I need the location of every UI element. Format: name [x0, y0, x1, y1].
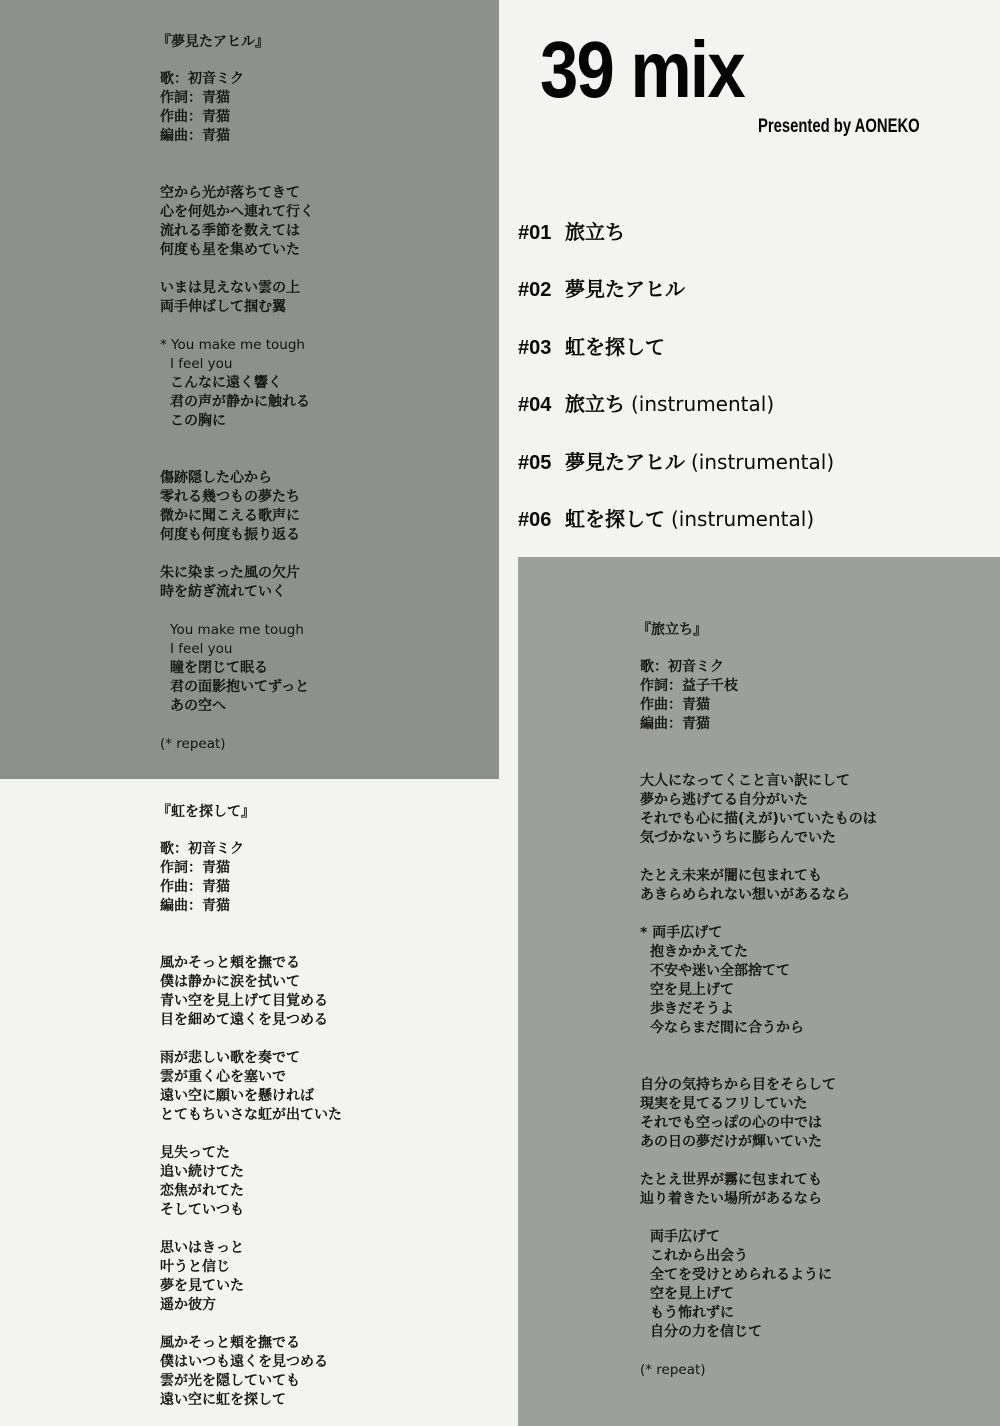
- stanza: 見失ってた 追い続けてた 恋焦がれてた そしていつも: [160, 1144, 342, 1220]
- track-suffix: (instrumental): [691, 450, 834, 474]
- lyric-line: 傷跡隠した心から: [160, 469, 314, 488]
- track-name: 夢見たアヒル: [565, 273, 685, 302]
- stanza: 大人になってくこと言い訳にして 夢から逃げてる自分がいた それでも心に描(えが)…: [640, 772, 877, 848]
- track-item: #02 夢見たアヒル: [518, 273, 834, 330]
- lyric-line: 抱きかかえてた: [640, 943, 877, 962]
- lyric-line: 辿り着きたい場所があるなら: [640, 1190, 877, 1209]
- stanza: (* repeat): [160, 735, 314, 754]
- credit-lyrics: 作詞：益子千枝: [640, 677, 877, 696]
- lyric-line: 不安や迷い全部捨てて: [640, 962, 877, 981]
- lyric-line: 空から光が落ちてきて: [160, 184, 314, 203]
- stanza: たとえ未来が闇に包まれても あきらめられない想いがあるなら: [640, 867, 877, 905]
- album-title: 39 mix: [540, 30, 744, 110]
- credit-vocal: 歌：初音ミク: [160, 70, 314, 89]
- stanza: たとえ世界が霧に包まれても 辿り着きたい場所があるなら: [640, 1171, 877, 1209]
- stanza: 思いはきっと 叶うと信じ 夢を見ていた 遥か彼方: [160, 1239, 342, 1315]
- song-title: 『旅立ち』: [637, 621, 877, 640]
- lyric-line: あの空へ: [160, 697, 314, 716]
- song-title: 『虹を探して』: [157, 803, 342, 822]
- track-name: 虹を探して: [565, 503, 665, 532]
- lyric-line: 何度も星を集めていた: [160, 241, 314, 260]
- credits: 歌：初音ミク 作詞：青猫 作曲：青猫 編曲：青猫: [160, 840, 342, 916]
- lyric-line: 歩きだそうよ: [640, 1000, 877, 1019]
- presented-by: Presented by AONEKO: [758, 116, 920, 138]
- credit-vocal: 歌：初音ミク: [640, 658, 877, 677]
- stanza: 風かそっと頬を撫でる 僕はいつも遠くを見つめる 雲が光を隠していても 遠い空に虹…: [160, 1334, 342, 1410]
- lyric-line: 君の声が静かに触れる: [160, 393, 314, 412]
- lyric-line: 目を細めて遠くを見つめる: [160, 1011, 342, 1030]
- credit-composer: 作曲：青猫: [640, 696, 877, 715]
- lyric-line: 気づかないうちに膨らんでいた: [640, 829, 877, 848]
- lyric-line: 自分の力を信じて: [640, 1323, 877, 1342]
- credit-lyrics: 作詞：青猫: [160, 89, 314, 108]
- lyric-line: それでも空っぽの心の中では: [640, 1114, 877, 1133]
- track-number: #03: [518, 337, 565, 360]
- track-item: #03 虹を探して: [518, 331, 834, 388]
- lyric-line: 見失ってた: [160, 1144, 342, 1163]
- credit-arranger: 編曲：青猫: [160, 897, 342, 916]
- credit-vocal: 歌：初音ミク: [160, 840, 342, 859]
- lyric-line: 両手伸ばして掴む翼: [160, 298, 314, 317]
- lyric-line: 心を何処かへ連れて行く: [160, 203, 314, 222]
- lyric-line: それでも心に描(えが)いていたものは: [640, 810, 877, 829]
- track-item: #06 虹を探して (instrumental): [518, 503, 834, 560]
- lyric-line: 零れる幾つもの夢たち: [160, 488, 314, 507]
- track-number: #01: [518, 222, 565, 245]
- lyric-line: 雲が光を隠していても: [160, 1372, 342, 1391]
- lyric-line: 風かそっと頬を撫でる: [160, 1334, 342, 1353]
- lyric-line: 流れる季節を数えては: [160, 222, 314, 241]
- lyric-line: 両手広げて: [640, 1228, 877, 1247]
- lyric-line: 全てを受けとめられるように: [640, 1266, 877, 1285]
- lyric-line: あきらめられない想いがあるなら: [640, 886, 877, 905]
- stanza: 風かそっと頬を撫でる 僕は静かに涙を拭いて 青い空を見上げて目覚める 目を細めて…: [160, 954, 342, 1030]
- lyric-line: 叶うと信じ: [160, 1258, 342, 1277]
- credits: 歌：初音ミク 作詞：益子千枝 作曲：青猫 編曲：青猫: [640, 658, 877, 734]
- stanza: いまは見えない雲の上 両手伸ばして掴む翼: [160, 279, 314, 317]
- stanza: 自分の気持ちから目をそらして 現実を見てるフリしていた それでも空っぽの心の中で…: [640, 1076, 877, 1152]
- lyric-line: 君の面影抱いてずっと: [160, 678, 314, 697]
- lyric-line: 青い空を見上げて目覚める: [160, 992, 342, 1011]
- credit-composer: 作曲：青猫: [160, 108, 314, 127]
- track-number: #05: [518, 452, 565, 475]
- lyric-line: 何度も何度も振り返る: [160, 526, 314, 545]
- track-item: #05 夢見たアヒル (instrumental): [518, 446, 834, 503]
- lyric-line: そしていつも: [160, 1201, 342, 1220]
- track-name: 旅立ち: [565, 216, 625, 245]
- lyric-line: 時を紡ぎ流れていく: [160, 583, 314, 602]
- lyric-line: 思いはきっと: [160, 1239, 342, 1258]
- credits: 歌：初音ミク 作詞：青猫 作曲：青猫 編曲：青猫: [160, 70, 314, 146]
- lyric-line: 朱に染まった風の欠片: [160, 564, 314, 583]
- lyric-line: 僕はいつも遠くを見つめる: [160, 1353, 342, 1372]
- track-number: #04: [518, 394, 565, 417]
- lyric-line: たとえ未来が闇に包まれても: [640, 867, 877, 886]
- track-number: #06: [518, 509, 565, 532]
- track-name: 夢見たアヒル: [565, 446, 685, 475]
- lyric-line: You make me tough: [160, 621, 314, 640]
- lyric-line: 現実を見てるフリしていた: [640, 1095, 877, 1114]
- lyric-line: 遠い空に願いを懸ければ: [160, 1087, 342, 1106]
- track-name: 旅立ち: [565, 388, 625, 417]
- stanza: 傷跡隠した心から 零れる幾つもの夢たち 微かに聞こえる歌声に 何度も何度も振り返…: [160, 469, 314, 545]
- lyric-line: 瞳を閉じて眠る: [160, 659, 314, 678]
- lyrics-yumemita-ahiru: 『夢見たアヒル』 歌：初音ミク 作詞：青猫 作曲：青猫 編曲：青猫 空から光が落…: [160, 33, 314, 754]
- lyric-line: 空を見上げて: [640, 1285, 877, 1304]
- lyric-line: * You make me tough: [160, 336, 314, 355]
- lyric-line: I feel you: [160, 640, 314, 659]
- chorus-stanza: * 両手広げて 抱きかかえてた 不安や迷い全部捨てて 空を見上げて 歩きだそうよ…: [640, 924, 877, 1038]
- lyric-line: 恋焦がれてた: [160, 1182, 342, 1201]
- track-item: #04 旅立ち (instrumental): [518, 388, 834, 445]
- lyric-line: 遠い空に虹を探して: [160, 1391, 342, 1410]
- lyric-line: こんなに遠く響く: [160, 374, 314, 393]
- track-number: #02: [518, 279, 565, 302]
- lyric-line: 大人になってくこと言い訳にして: [640, 772, 877, 791]
- lyric-line: 夢から逃げてる自分がいた: [640, 791, 877, 810]
- stanza: 雨が悲しい歌を奏でて 雲が重く心を塞いで 遠い空に願いを懸ければ とてもちいさな…: [160, 1049, 342, 1125]
- stanza: (* repeat): [640, 1361, 877, 1380]
- lyric-line: 夢を見ていた: [160, 1277, 342, 1296]
- credit-lyrics: 作詞：青猫: [160, 859, 342, 878]
- repeat-note: (* repeat): [640, 1361, 877, 1380]
- lyric-line: 風かそっと頬を撫でる: [160, 954, 342, 973]
- lyric-line: この胸に: [160, 412, 314, 431]
- lyrics-tabidachi: 『旅立ち』 歌：初音ミク 作詞：益子千枝 作曲：青猫 編曲：青猫 大人になってく…: [640, 621, 877, 1380]
- lyric-line: 遥か彼方: [160, 1296, 342, 1315]
- lyric-line: 雲が重く心を塞いで: [160, 1068, 342, 1087]
- credit-composer: 作曲：青猫: [160, 878, 342, 897]
- chorus-stanza: You make me tough I feel you 瞳を閉じて眠る 君の面…: [160, 621, 314, 716]
- lyric-line: 微かに聞こえる歌声に: [160, 507, 314, 526]
- chorus-stanza: * You make me tough I feel you こんなに遠く響く …: [160, 336, 314, 431]
- repeat-note: (* repeat): [160, 735, 314, 754]
- lyric-line: 今ならまだ間に合うから: [640, 1019, 877, 1038]
- lyric-line: * 両手広げて: [640, 924, 877, 943]
- stanza: 朱に染まった風の欠片 時を紡ぎ流れていく: [160, 564, 314, 602]
- lyric-line: もう怖れずに: [640, 1304, 877, 1323]
- track-name: 虹を探して: [565, 331, 665, 360]
- lyrics-niji-wo-sagashite: 『虹を探して』 歌：初音ミク 作詞：青猫 作曲：青猫 編曲：青猫 風かそっと頬を…: [160, 803, 342, 1410]
- chorus-stanza: 両手広げて これから出会う 全てを受けとめられるように 空を見上げて もう怖れず…: [640, 1228, 877, 1342]
- track-suffix: (instrumental): [631, 392, 774, 416]
- credit-arranger: 編曲：青猫: [640, 715, 877, 734]
- credit-arranger: 編曲：青猫: [160, 127, 314, 146]
- lyric-line: 空を見上げて: [640, 981, 877, 1000]
- song-title: 『夢見たアヒル』: [157, 33, 314, 52]
- lyric-line: あの日の夢だけが輝いていた: [640, 1133, 877, 1152]
- stanza: 空から光が落ちてきて 心を何処かへ連れて行く 流れる季節を数えては 何度も星を集…: [160, 184, 314, 260]
- track-item: #01 旅立ち: [518, 216, 834, 273]
- lyric-line: I feel you: [160, 355, 314, 374]
- lyric-line: 追い続けてた: [160, 1163, 342, 1182]
- lyric-line: 自分の気持ちから目をそらして: [640, 1076, 877, 1095]
- lyric-line: 僕は静かに涙を拭いて: [160, 973, 342, 992]
- lyric-line: たとえ世界が霧に包まれても: [640, 1171, 877, 1190]
- lyric-line: いまは見えない雲の上: [160, 279, 314, 298]
- track-list: #01 旅立ち #02 夢見たアヒル #03 虹を探して #04 旅立ち (in…: [518, 216, 834, 560]
- lyric-line: とてもちいさな虹が出ていた: [160, 1106, 342, 1125]
- track-suffix: (instrumental): [671, 507, 814, 531]
- lyric-line: 雨が悲しい歌を奏でて: [160, 1049, 342, 1068]
- lyric-line: これから出会う: [640, 1247, 877, 1266]
